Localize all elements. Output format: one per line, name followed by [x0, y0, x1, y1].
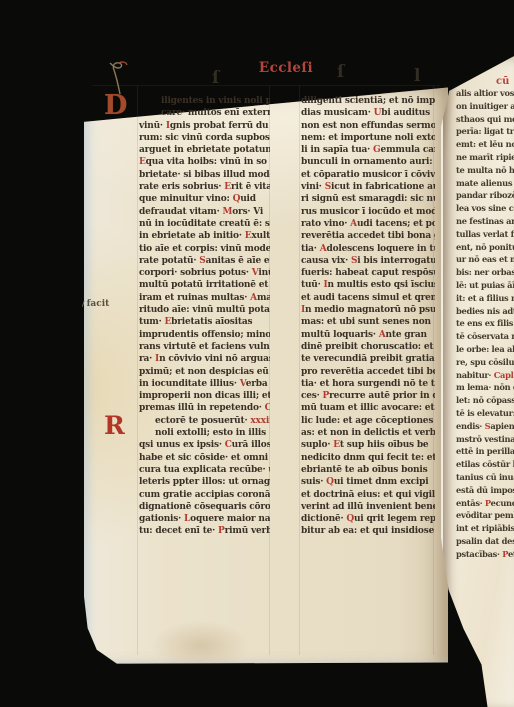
text-line: diligenti scientiā; et nō impe: [301, 95, 435, 107]
text-line: ritudo aīe: vinū multū pota: [139, 304, 270, 316]
text-line: tum· Ebrietatis aīositas: [139, 316, 270, 328]
text-line: rate eris sobrius· Erit ē vita: [139, 181, 270, 193]
text-line: ettē in perilla ruan: [456, 445, 514, 458]
text-line: te ens ex filis āīt: [456, 317, 514, 330]
text-line: as: et non in delictis et verbo: [301, 427, 435, 439]
text-line: Equa vita hoibs: vinū in so: [139, 156, 270, 168]
text-line: rus musicor ī iocūdo et mode: [301, 206, 435, 218]
text-line: dinē preibit choruscatio: et ā: [301, 341, 435, 353]
text-line: endis· Sapiens nō: [456, 420, 514, 433]
text-line: iram et ruinas multas· Ama: [139, 292, 270, 304]
text-line: tia· Adolescens loquere in tua: [301, 243, 435, 255]
chapter31-initial-d: D: [104, 93, 127, 118]
text-line: ent, nō ponitus: [456, 241, 514, 254]
text-line: tio aīe et corpis: vinū mode: [139, 243, 270, 255]
text-line: lea vos sine cōsilio: [456, 202, 514, 215]
text-line: tuū· In multis esto qsi īscius:: [301, 279, 435, 291]
text-line: care· multos enī exterminavit: [139, 107, 270, 119]
text-line: cum gratie accipias coronā et: [139, 489, 270, 501]
text-line: verint ad illū invenient bene: [301, 501, 435, 513]
text-line: fueris: habeat caput respōsum: [301, 267, 435, 279]
text-line: li in sapīa tua· Gemmula car: [301, 144, 435, 156]
ascender-flourish: ſ: [337, 62, 344, 82]
text-line: pstacības· Petrod: [456, 548, 514, 561]
text-line: multū potatū irritationē et: [139, 279, 270, 291]
text-line: dias musicam· Ubi auditus: [301, 107, 435, 119]
ruling-line-vertical: [137, 86, 138, 655]
text-line: vinū· Ignis probat ferrū du: [139, 120, 270, 132]
facing-page-text-column: alis altior vos cōon inuitiger admīsthao…: [456, 87, 514, 560]
text-line: etilas cōstūr lup dā: [456, 458, 514, 471]
text-line: et doctrinā eius: et qui vigila: [301, 489, 435, 501]
marginal-note-text: facit: [87, 299, 110, 309]
text-line: bis: ner orbas or: [456, 266, 514, 279]
text-line: tē cōservata mīa: [456, 330, 514, 343]
text-line: bedies nis adtēdit: [456, 305, 514, 318]
running-title-fragment: cū: [496, 76, 509, 87]
text-line: nū in iocūditate creatū ē: si: [139, 218, 270, 230]
text-line: let: nō cōpassionē: [456, 394, 514, 407]
text-line: it: et a filius nus ra: [456, 292, 514, 305]
text-line: ces· Precurre autē prior in do: [301, 390, 435, 402]
text-line: perīa: ligat trīs: [456, 125, 514, 138]
text-line: tē is elevatur: et lu: [456, 407, 514, 420]
text-line: lic lude: et age cōceptiones tu: [301, 415, 435, 427]
text-line: le orbe: lea abiudāt: [456, 343, 514, 356]
text-line: que minuitur vino: Quid: [139, 193, 270, 205]
text-column-left: iligentes in vinis noli puocare· multos …: [139, 95, 270, 538]
text-line: multū loquaris· Ante gran: [301, 329, 435, 341]
text-line: improperii non dicas illi; et nō: [139, 390, 270, 402]
text-line: suis· Qui timet dnm excipi: [301, 476, 435, 488]
text-line: entās· Pecundia: [456, 497, 514, 510]
chapter32-initial-r: R: [104, 414, 125, 438]
text-line: te verecundiā preibit gratia: et: [301, 353, 435, 365]
text-line: corpori· sobrius potus· Vinū: [139, 267, 270, 279]
text-line: tu: decet enī te· Primū verbū: [139, 525, 270, 537]
running-title: Eccleſi: [240, 60, 332, 76]
text-line: habe et sic cōside· et omni: [139, 452, 270, 464]
text-line: defraudat vitam· Mors· Vi: [139, 206, 270, 218]
text-line: rans virtutē et faciens vulne: [139, 341, 270, 353]
text-line: cura tua explicata recūbe· ut: [139, 464, 270, 476]
text-line: evōditar pemlur: [456, 509, 514, 522]
text-line: non est non effundas sermo: [301, 120, 435, 132]
text-line: tia· et hora surgendi nō te tri: [301, 378, 435, 390]
text-line: noli extolli; esto in illis: [139, 427, 270, 439]
text-line: dictionē· Qui qrit legem reple: [301, 513, 435, 525]
text-line: gationis· Loquere maior na: [139, 513, 270, 525]
text-line: nem: et importune noli extol: [301, 132, 435, 144]
text-line: imprudentis offensio; mino: [139, 329, 270, 341]
text-line: estā dū impossy: [456, 484, 514, 497]
text-line: ra· In cōvivio vini nō arguas: [139, 353, 270, 365]
text-line: suplo· Et sup hiis oībus be: [301, 439, 435, 451]
text-line: qsi unus ex ipsis· Curā illos: [139, 439, 270, 451]
text-line: ectorē te posuerūt· xxxii·: [139, 415, 270, 427]
text-line: mstrō vestinas; et: [456, 433, 514, 446]
text-line: m lema· nōn dormit: [456, 381, 514, 394]
text-line: in iocunditate illius· Verba: [139, 378, 270, 390]
text-line: et audi tacens simul et qrens·: [301, 292, 435, 304]
text-line: mū tuam et illic avocare: et il: [301, 402, 435, 414]
ascender-flourish: ſ: [212, 68, 219, 88]
text-line: vini· Sicut in fabricatione au: [301, 181, 435, 193]
text-line: te multa nō hospīa: [456, 164, 514, 177]
text-line: pandar ribozē· Erā: [456, 189, 514, 202]
text-line: premas illū in repetendo· Capl'·: [139, 402, 270, 414]
text-line: dignationē cōsequaris cōro: [139, 501, 270, 513]
marginal-note: ∕facit: [82, 299, 109, 309]
text-line: int et ripiābis ceaī: [456, 522, 514, 535]
text-line: lē: ut puias āīr w: [456, 279, 514, 292]
ascender-flourish: l: [414, 66, 420, 86]
text-line: rum: sic vinū corda supbos: [139, 132, 270, 144]
text-line: tanius cū inuā lari: [456, 471, 514, 484]
text-line: reverētia accedet tibi bona gra: [301, 230, 435, 242]
text-column-right: diligenti scientiā; et nō impedias music…: [301, 95, 435, 538]
text-line: re, spu cōsilur ville: [456, 356, 514, 369]
text-line: rate potatū· Sanitas ē aīe et: [139, 255, 270, 267]
text-line: brietate· si bibas illud mode: [139, 169, 270, 181]
text-line: leteris ppter illos: ut ornagm: [139, 476, 270, 488]
text-line: psalin dat desmītur: [456, 535, 514, 548]
text-line: et cōparatio musicor ī cōvivio: [301, 169, 435, 181]
text-line: bitur ab ea: et qui insidiose a: [301, 525, 435, 537]
text-line: sthaos qui mori ar: [456, 113, 514, 126]
ruling-line-vertical: [299, 86, 300, 655]
text-line: ebriantē te ab oībus bonis: [301, 464, 435, 476]
ruling-line-horizontal: [92, 85, 440, 86]
text-line: causa vix· Si bis interrogatus: [301, 255, 435, 267]
text-line: pximū; et non despicias eū: [139, 366, 270, 378]
text-line: In medio magnatorū nō psu: [301, 304, 435, 316]
text-line: nedicito dnm qui fecit te: et in: [301, 452, 435, 464]
text-line: ur nō eas et nōn e: [456, 253, 514, 266]
text-line: mas: et ubi sunt senes non: [301, 316, 435, 328]
text-line: nabitur· Capl' xxxiii: [456, 369, 514, 382]
text-line: on inuitiger admī: [456, 100, 514, 113]
text-line: rato vino· Audi tacens; et po: [301, 218, 435, 230]
text-line: arguet in ebrietate potatum·: [139, 144, 270, 156]
text-line: iligentes in vinis noli puo: [139, 95, 270, 107]
manuscript-photo: Eccleſi cū ſ ſ l D R ∕facit iligentes in…: [0, 0, 514, 707]
text-line: ri signū est smaragdi: sic nume: [301, 193, 435, 205]
text-line: in ebrietate ab initio· Exulta: [139, 230, 270, 242]
text-line: ne festinas argumē: [456, 215, 514, 228]
insertion-mark: ∕: [82, 299, 85, 308]
text-line: emt: et lēu nolui: [456, 138, 514, 151]
text-line: tullas verlat foēs:: [456, 228, 514, 241]
text-line: mate alienus et sup: [456, 177, 514, 190]
text-line: ne marīt ripiezn: [456, 151, 514, 164]
text-line: bunculi in ornamento auri:: [301, 156, 435, 168]
text-line: pro reverētia accedet tibi bona g: [301, 366, 435, 378]
text-line: alis altior vos cō: [456, 87, 514, 100]
